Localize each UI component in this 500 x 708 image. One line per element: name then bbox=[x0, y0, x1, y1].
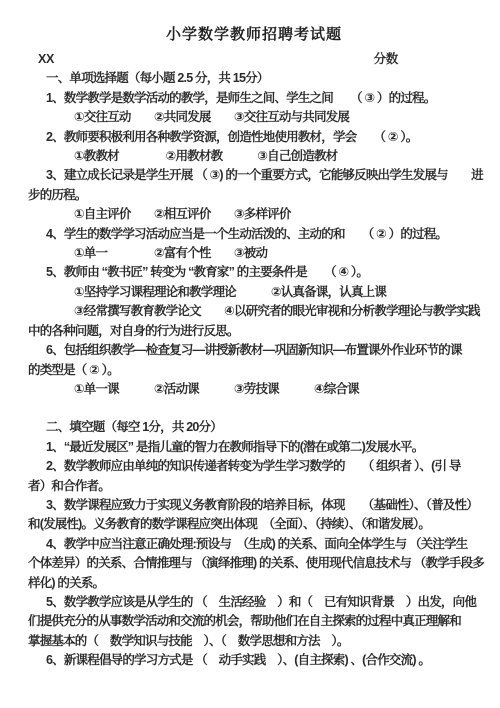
s1-question-3: 3、建立成长记录是学生开展 （ ③) 的一个重要方式，它能够反映出学生发展与 进 bbox=[28, 166, 480, 185]
s1-question-6: 6、包括组织教学—检查复习—讲授新教材—巩固新知识—布置课外作业环节的课 bbox=[28, 341, 480, 360]
examinee-name-field: XX bbox=[28, 50, 54, 69]
s1-question-6-continuation: 的类型是（ ② ）。 bbox=[28, 361, 480, 380]
s1-question-4: 4、学生的数学学习活动应当是一个生动活泼的、主动的和 （ ② ）的过程。 bbox=[28, 225, 480, 244]
s2-blank-1: 1、“最近发展区” 是指儿童的智力在教师指导下的(潜在或第二)发展水平。 bbox=[28, 438, 480, 457]
s2-blank-3: 3、数学课程应致力于实现义务教育阶段的培养目标，体现 （基础性）、（普及性） bbox=[28, 496, 480, 515]
section-divider-space bbox=[28, 399, 480, 418]
s2-blank-5: 5、数学教学应该是从学生的 （ 生活经验 ）和（ 已有知识背景 ）出发，向他 bbox=[28, 593, 480, 612]
exam-header-row: XX 分数 bbox=[28, 50, 480, 69]
s1-options-5-row1: ①坚持学习课程理论和教学理论 ②认真备课，认真上课 bbox=[28, 283, 480, 302]
section2-heading: 二、填空题（每空 1分，共 20分） bbox=[28, 418, 480, 437]
s1-question-1: 1、数学教学是数学活动的教学，是师生之间、学生之间 （ ③ ）的过程。 bbox=[28, 89, 480, 108]
s1-question-3-continuation: 步的历程。 bbox=[28, 186, 480, 205]
s1-options-6: ①单一课 ②活动课 ③劳技课 ④综合课 bbox=[28, 380, 480, 399]
s2-blank-4: 4、教学中应当注意正确处理:预设与 （生成) 的关系、面向全体学生与 （关注学生 bbox=[28, 535, 480, 554]
s1-options-1: ①交往互动 ②共同发展 ③交往互动与共同发展 bbox=[28, 108, 480, 127]
s1-options-4: ①单一 ②富有个性 ③被动 bbox=[28, 244, 480, 263]
s2-blank-6: 6、新课程倡导的学习方式是 （ 动手实践 ）、(自主探索) 、(合作交流) 。 bbox=[28, 651, 480, 670]
s2-blank-5-continuation-1: 们提供充分的从事数学活动和交流的机会，帮助他们在自主探索的过程中真正理解和 bbox=[28, 612, 480, 631]
s2-blank-4-continuation-1: 个体差异）的关系、合情推理与 （演绎推理) 的关系、使用现代信息技术与 （教学手… bbox=[28, 554, 480, 573]
s1-options-2: ①教教材 ②用教材教 ③自己创造教材 bbox=[28, 147, 480, 166]
s2-blank-3-continuation: 和(发展性)。义务教育的数学课程应突出体现 （全面）、（持续）、（和谐发展）。 bbox=[28, 515, 480, 534]
s1-question-5: 5、教师由 “教书匠” 转变为 “教育家” 的主要条件是 （ ④ ）。 bbox=[28, 263, 480, 282]
s1-options-5-row2: ③经常撰写教育教学论文 ④以研究者的眼光审视和分析教学理论与教学实践 bbox=[28, 302, 480, 321]
exam-title: 小学数学教师招聘考试题 bbox=[28, 24, 480, 46]
s1-question-2: 2、教师要积极利用各种教学资源，创造性地使用教材，学会 （ ② ）。 bbox=[28, 128, 480, 147]
s1-options-5-continuation: 中的各种问题，对自身的行为进行反思。 bbox=[28, 322, 480, 341]
section1-heading: 一、单项选择题（每小题 2.5 分，共 15分） bbox=[28, 69, 480, 88]
s2-blank-2-continuation: 者）和合作者。 bbox=[28, 477, 480, 496]
score-label: 分数 bbox=[374, 50, 398, 69]
s1-options-3: ①自主评价 ②相互评价 ③多样评价 bbox=[28, 205, 480, 224]
s2-blank-4-continuation-2: 样化) 的关系。 bbox=[28, 574, 480, 593]
exam-paper: 小学数学教师招聘考试题 XX 分数 一、单项选择题（每小题 2.5 分，共 15… bbox=[0, 0, 500, 708]
s2-blank-5-continuation-2: 掌握基本的（ 数学知识与技能 ）、（ 数学思想和方法 ）。 bbox=[28, 632, 480, 651]
s2-blank-2: 2、数学教师应由单纯的知识传递者转变为学生学习数学的 （ 组织者 ）、(引 导 bbox=[28, 457, 480, 476]
